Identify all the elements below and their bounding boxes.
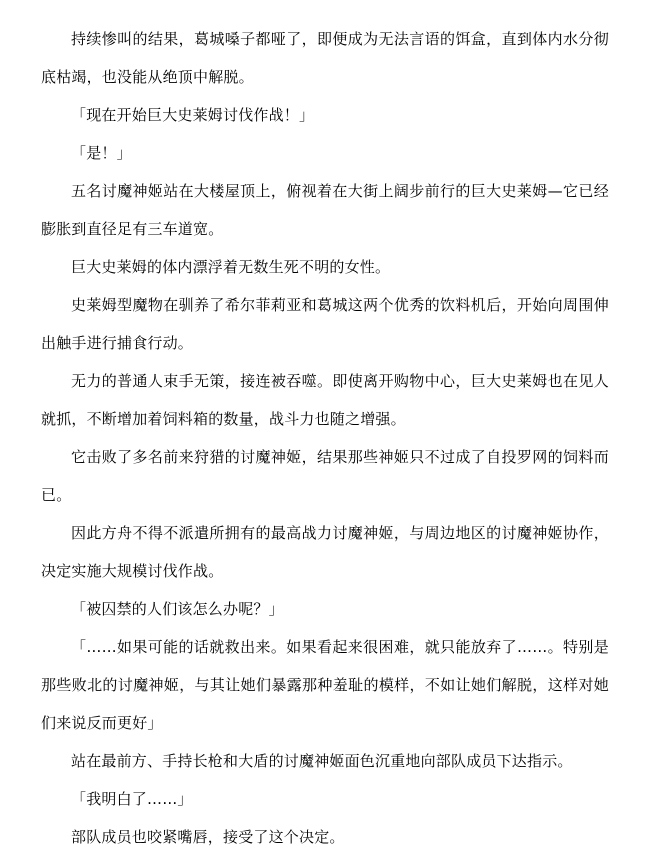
text-body: 持续惨叫的结果，葛城嗓子都哑了，即便成为无法言语的饵盒，直到体内水分彻底枯竭，也… bbox=[41, 20, 609, 850]
text-paragraph: 五名讨魔神姬站在大楼屋顶上，俯视着在大街上阔步前行的巨大史莱姆—它已经膨胀到直径… bbox=[41, 172, 609, 248]
text-paragraph: 因此方舟不得不派遣所拥有的最高战力讨魔神姬，与周边地区的讨魔神姬协作，决定实施大… bbox=[41, 514, 609, 590]
text-paragraph: 「……如果可能的话就救出来。如果看起来很困难，就只能放弃了……。特别是那些败北的… bbox=[41, 628, 609, 742]
text-paragraph: 持续惨叫的结果，葛城嗓子都哑了，即便成为无法言语的饵盒，直到体内水分彻底枯竭，也… bbox=[41, 20, 609, 96]
text-paragraph: 巨大史莱姆的体内漂浮着无数生死不明的女性。 bbox=[41, 248, 609, 286]
text-paragraph: 无力的普通人束手无策，接连被吞噬。即使离开购物中心，巨大史莱姆也在见人就抓，不断… bbox=[41, 362, 609, 438]
text-paragraph: 「现在开始巨大史莱姆讨伐作战！」 bbox=[41, 96, 609, 134]
text-paragraph: 史莱姆型魔物在驯养了希尔菲莉亚和葛城这两个优秀的饮料机后，开始向周围伸出触手进行… bbox=[41, 286, 609, 362]
text-paragraph: 部队成员也咬紧嘴唇，接受了这个决定。 bbox=[41, 818, 609, 850]
text-paragraph: 站在最前方、手持长枪和大盾的讨魔神姬面色沉重地向部队成员下达指示。 bbox=[41, 742, 609, 780]
document-page: 持续惨叫的结果，葛城嗓子都哑了，即便成为无法言语的饵盒，直到体内水分彻底枯竭，也… bbox=[0, 0, 650, 850]
text-paragraph: 「我明白了……」 bbox=[41, 780, 609, 818]
text-paragraph: 「被囚禁的人们该怎么办呢？」 bbox=[41, 590, 609, 628]
text-paragraph: 它击败了多名前来狩猎的讨魔神姬，结果那些神姬只不过成了自投罗网的饲料而已。 bbox=[41, 438, 609, 514]
text-paragraph: 「是！」 bbox=[41, 134, 609, 172]
